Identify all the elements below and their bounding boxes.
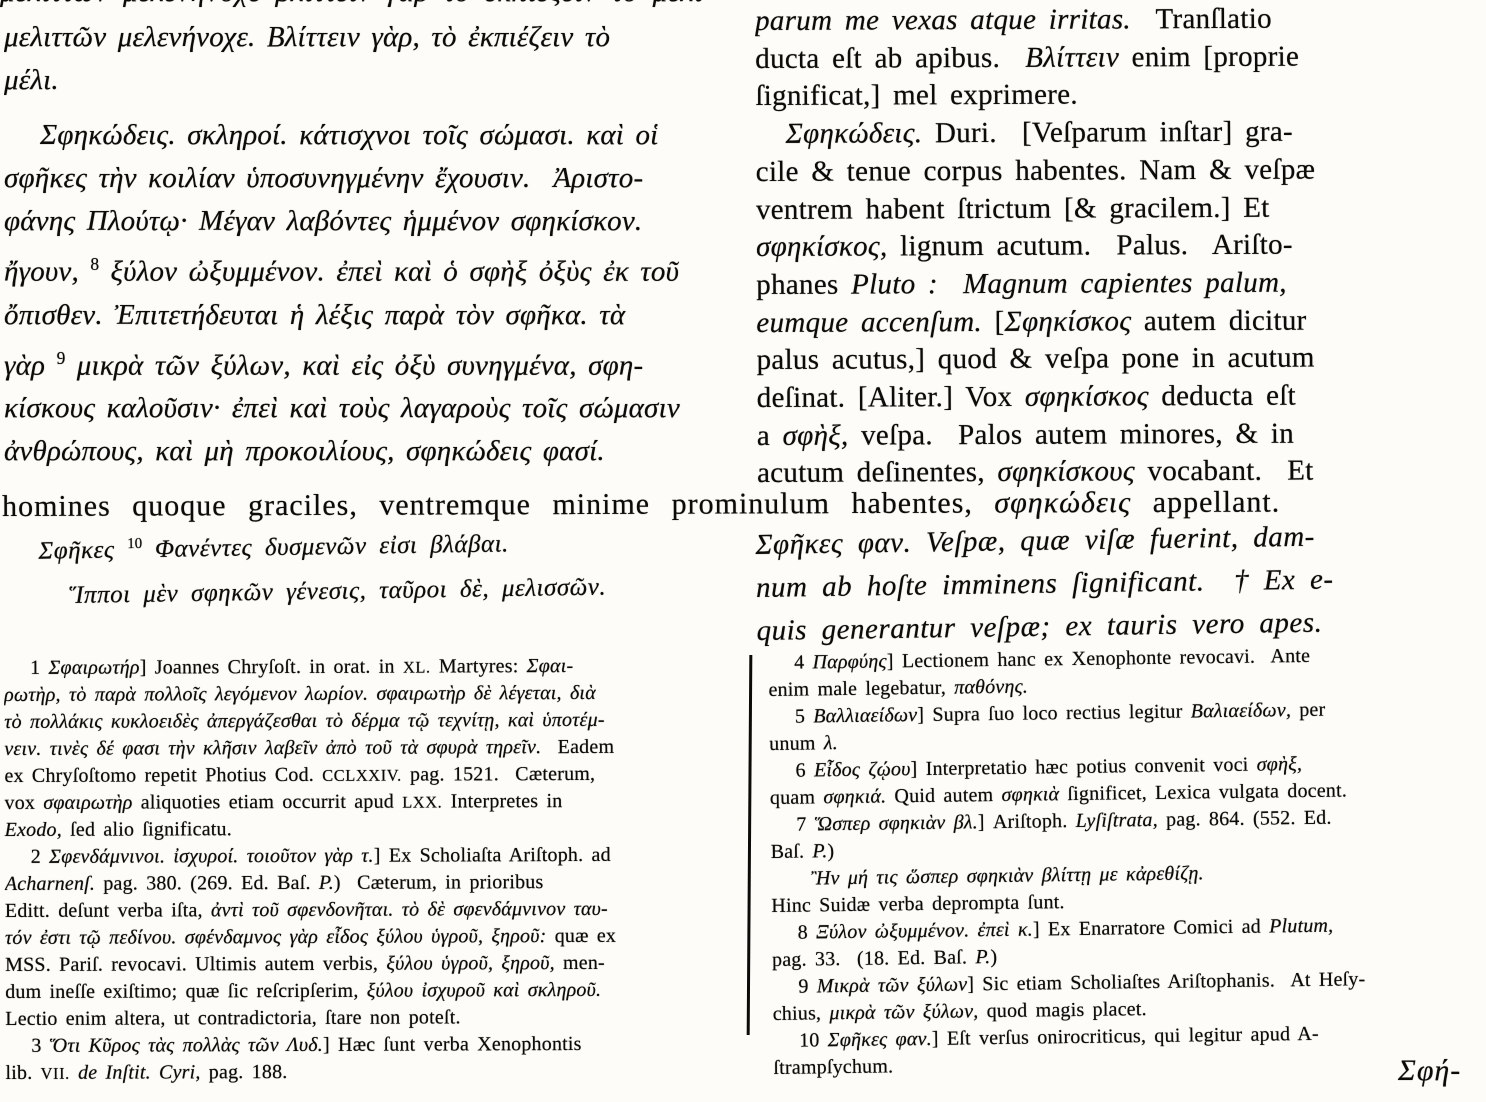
text-line: Exodo, ſed alio ſignificatu. [5, 814, 743, 844]
text-line: 2 Σφενδάμνινοι. ἰσχυροί. τοιοῦτον γὰρ τ.… [5, 841, 743, 871]
text-segment: P. [975, 946, 990, 968]
text-segment: σφηκώδεις [994, 486, 1131, 519]
text-segment: ] Lectionem hanc ex Xenophonte revocavi.… [887, 645, 1311, 673]
text-line: palus acutus,] quod & veſpa pone in acut… [756, 339, 1486, 380]
text-segment: Veſpæ, quæ viſæ fuerint, dam- [926, 521, 1315, 559]
text-segment: ) [827, 840, 834, 862]
text-segment: Παρφύης [812, 650, 887, 673]
text-line: lib. VII. de Inſtit. Cyri, pag. 188. [5, 1057, 743, 1087]
text-line: cile & tenue corpus habentes. Nam & veſp… [756, 151, 1486, 192]
text-segment: enim [proprie [1119, 40, 1299, 73]
text-segment: Plutum, [1269, 915, 1333, 938]
text-segment: 2 [31, 846, 49, 868]
text-segment: ] Eſt verſus onirocriticus, qui legitur … [932, 1023, 1319, 1050]
text-segment: ventrem habent ſtrictum [& gracilem.] Et [756, 191, 1270, 225]
text-segment: Σφαιρωτήρ [48, 657, 139, 679]
text-line: dum ineſſe exiſtimo; quæ ſic reſcripſeri… [5, 976, 743, 1006]
text-segment: Ἵπποι μὲν σφηκῶν γένεσις, ταῦροι δὲ, μελ… [69, 574, 606, 609]
text-segment: deducta eſt [1149, 380, 1296, 413]
text-line: μελιττῶν μελενήνοχε. Βλίττειν γὰρ, τὸ ἐκ… [4, 16, 744, 59]
text-segment: 8 [798, 921, 817, 943]
text-segment: Interpretes in [442, 790, 562, 812]
text-segment: ] Ariſtoph. [978, 810, 1076, 833]
text-segment: ξύλου ἰσχυροῦ καὶ σκληροῦ. [367, 979, 602, 1002]
text-line: Σφηκώδεις. σκληροί. κάτισχνοι τοῖς σώμασ… [4, 114, 744, 157]
text-segment: Εἶδος ζῴου [814, 758, 911, 781]
text-line: parum me vexas atque irritas. Tranſlatio [755, 0, 1486, 41]
text-segment: Σφῆκες [38, 536, 127, 564]
text-segment: enim male legebatur, [768, 677, 954, 701]
text-line: φάνης Πλούτῳ· Μέγαν λαβόντες ἡμμένον σφη… [4, 200, 744, 243]
text-segment: σφὴξ, [1257, 753, 1303, 776]
text-segment: Σφαι- [527, 655, 574, 677]
text-segment: Σφενδάμνινοι. ἰσχυροί. τοιοῦτον γὰρ τ. [49, 845, 374, 868]
text-line: ducta eſt ab apibus. Βλίττειν enim [prop… [755, 38, 1486, 79]
text-segment [911, 526, 926, 558]
text-segment: 8 [90, 254, 99, 274]
text-line: ſignificat,] mel exprimere. [755, 75, 1486, 116]
text-segment: ducta eſt ab apibus. [755, 42, 1025, 75]
footnote-column-left: 1 Σφαιρωτήρ] Joannes Chryſoſt. in orat. … [4, 652, 744, 1087]
text-segment: Quid autem [886, 784, 1002, 808]
text-segment: 10 [127, 536, 142, 552]
text-segment: XL. [403, 658, 431, 677]
text-segment: parum me vexas atque irritas. [755, 3, 1131, 37]
text-segment: ] Joannes Chryſoſt. in orat. in [140, 656, 403, 679]
text-segment: men- [555, 952, 605, 974]
text-segment: σφηκιὰ [1001, 783, 1059, 806]
text-segment: quis generantur veſpæ; ex tauris vero ap… [756, 607, 1322, 647]
text-segment: VII. [41, 1064, 70, 1083]
text-segment: 3 [31, 1035, 49, 1057]
text-segment: σφηκίσκος [1025, 380, 1149, 413]
latin-text-column: parum me vexas atque irritas. Tranſlatio… [755, 0, 1486, 493]
text-line: τόν ἐστι τῷ πεδίνου. σφένδαμνος γὰρ εἶδο… [5, 922, 743, 952]
text-segment: ] Supra ſuo loco rectius legitur [917, 700, 1191, 726]
text-segment: σφῆκες τὴν κοιλίαν ὑποσυνηγμένην ἔχουσιν… [4, 162, 643, 194]
text-segment: pag. 380. (269. Ed. Baſ. [95, 872, 319, 895]
text-segment: ἤγουν, [4, 256, 90, 288]
text-segment: ἀντὶ τοῦ σφενδονῆται. τὸ δὲ σφενδάμνινον… [211, 898, 608, 921]
text-segment: Pluto : Magnum capientes palum, [851, 267, 1287, 301]
text-segment: ] Ex Enarratore Comici ad [1033, 915, 1270, 940]
text-line: eumque accenſum. [Σφηκίσκος autem dicitu… [756, 301, 1486, 342]
text-segment: pag. 188. [201, 1061, 288, 1083]
text-segment: Martyres: [431, 655, 527, 677]
text-segment: Σφῆκες φαν. [755, 527, 911, 561]
text-segment: pag. 1521. Cæterum, [402, 763, 595, 786]
text-segment: P. [319, 872, 334, 894]
text-segment: palus acutus,] quod & veſpa pone in acut… [756, 342, 1314, 376]
text-line: κίσκους καλοῦσιν· ἐπεὶ καὶ τοὺς λαγαροὺς… [4, 387, 744, 430]
text-segment: Μικρὰ τῶν ξύλων [817, 973, 968, 997]
text-segment: λ. [824, 732, 838, 754]
text-segment: quæ ex [546, 925, 616, 947]
text-segment: pag. 33. (18. Ed. Baſ. [772, 946, 976, 971]
text-line: νειν. τινὲς δέ φασι τὴν κλῆσιν λαβεῖν ἀπ… [4, 733, 742, 763]
text-segment: deſinat. [Aliter.] Vox [757, 381, 1025, 414]
text-segment: μελιττῶν μελενήνοχε. Βλίττειν γὰρ, τὸ ἐκ… [4, 21, 610, 53]
text-line: deſinat. [Aliter.] Vox σφηκίσκος deducta… [757, 377, 1486, 418]
text-segment: ξύλου ὑγροῦ, ξηροῦ, [386, 952, 555, 975]
text-segment: ſtrampſychum. [773, 1055, 893, 1079]
text-segment: 6 [795, 759, 814, 781]
text-segment: τόν ἐστι τῷ πεδίνου. σφένδαμνος γὰρ εἶδο… [5, 925, 547, 949]
text-segment: 10 [799, 1029, 828, 1051]
text-segment: quod magis placet. [978, 998, 1147, 1022]
text-segment: appellant. [1131, 486, 1280, 520]
text-line: σφῆκες τὴν κοιλίαν ὑποσυνηγμένην ἔχουσιν… [4, 157, 744, 200]
text-segment: 5 [795, 705, 814, 727]
text-line: Lectio enim altera, ut contradictoria, ſ… [5, 1003, 743, 1033]
text-segment: ] Sic etiam Scholiaſtes Ariſtophanis. At… [967, 968, 1365, 995]
text-line: σφηκίσκος, lignum acutum. Palus. Ariſto- [756, 226, 1486, 267]
text-segment: ) Cæterum, in prioribus [334, 871, 544, 894]
text-segment: Ὥσπερ σφηκιὰν βλ. [815, 811, 978, 835]
footnote-column-right: 4 Παρφύης] Lectionem hanc ex Xenophonte … [768, 641, 1486, 1082]
text-segment: ρωτὴρ, τὸ παρὰ πολλοῖς λεγόμενον λωρίον.… [4, 682, 596, 706]
text-segment: Acharnenſ. [5, 873, 95, 895]
text-segment: dum ineſſe exiſtimo; quæ ſic reſcripſeri… [5, 980, 367, 1003]
text-line: 1 Σφαιρωτήρ] Joannes Chryſoſt. in orat. … [4, 652, 742, 682]
text-line: μέλι. [4, 59, 744, 102]
text-segment: Ὅτι Κῦρος τὰς πολλὰς τῶν Λυδ. [50, 1034, 323, 1057]
text-segment: pag. 864. (552. Ed. [1158, 807, 1332, 831]
cutoff-line-fragment: μελιττῶν μελενήνοχε βλίττειν γὰρ τὸ ἐκπι… [0, 0, 742, 9]
text-segment: ] Interpretatio hæc potius convenit voci [910, 754, 1256, 781]
text-segment: [ [982, 306, 1005, 338]
text-line: ρωτὴρ, τὸ παρὰ πολλοῖς λεγόμενον λωρίον.… [4, 679, 742, 709]
text-segment: a [757, 420, 783, 452]
text-line: ex Chryſoſtomo repetit Photius Cod. CCLX… [4, 760, 742, 790]
text-line: γὰρ 9 μικρὰ τῶν ξύλων, καὶ εἰς ὀξὺ συνηγ… [4, 337, 744, 388]
text-line: ἀνθρώπους, καὶ μὴ προκοιλίους, σφηκώδεις… [4, 430, 744, 473]
text-line: Σφηκώδεις. Duri. [Veſparum inſtar] gra- [755, 113, 1486, 154]
text-segment: Editt. deſunt verba iſta, [5, 899, 211, 922]
text-line: phanes Pluto : Magnum capientes palum, [756, 264, 1486, 305]
text-segment: MSS. Pariſ. revocavi. Ultimis autem verb… [5, 953, 386, 976]
text-segment: σφηκιά. [823, 785, 886, 808]
text-segment: P. [812, 840, 827, 862]
text-segment: Exodo, [5, 819, 62, 841]
latin-verse-block: Σφῆκες φαν. Veſpæ, quæ viſæ fuerint, dam… [755, 513, 1486, 653]
book-page-scan: μελιττῶν μελενήνοχε βλίττειν γὰρ τὸ ἐκπι… [0, 0, 1486, 1102]
text-segment: 9 [798, 975, 817, 997]
text-segment: ex Chryſoſtomo repetit Photius Cod. [4, 764, 322, 787]
text-segment: ] Ex Scholiaſta Ariſtoph. ad [374, 844, 611, 867]
greek-verse-block: Σφῆκες 10 Φανέντες δυσμενῶν εἰσι βλάβαι.… [4, 512, 747, 619]
text-segment: vox [4, 792, 43, 814]
text-segment: phanes [756, 269, 851, 301]
text-segment: Lyſiſtrata, [1076, 809, 1158, 832]
text-segment: lib. [5, 1062, 40, 1084]
text-segment: cile & tenue corpus habentes. Nam & veſp… [756, 153, 1316, 187]
text-segment: γὰρ [4, 349, 57, 381]
text-segment: ὄπισθεν. Ἐπιτετήδευται ἡ λέξις παρὰ τὸν … [4, 299, 625, 331]
text-segment: veſpa. Palos autem minores, & in [848, 417, 1294, 451]
text-segment: Σφηκίσκος [1004, 305, 1131, 338]
text-line: Acharnenſ. pag. 380. (269. Ed. Baſ. P.) … [5, 868, 743, 898]
text-segment: Eadem [541, 736, 614, 758]
text-segment: νειν. τινὲς δέ φασι τὴν κλῆσιν λαβεῖν ἀπ… [4, 736, 541, 760]
text-segment: chius, [773, 1002, 830, 1025]
text-segment: eumque accenſum. [756, 306, 982, 339]
text-segment: unum [769, 732, 824, 755]
text-segment: CCLXXIV. [322, 766, 402, 785]
text-segment: παθόνης. [954, 676, 1028, 699]
text-line: Editt. deſunt verba iſta, ἀντὶ τοῦ σφενδ… [5, 895, 743, 925]
text-segment: Duri. [Veſparum inſtar] gra- [922, 116, 1293, 150]
text-segment: Hinc Suidæ verba deprompta ſunt. [771, 891, 1065, 917]
text-segment: 1 [30, 657, 48, 679]
text-segment: μικρὰ τῶν ξύλων, καὶ εἰς ὀξὺ συνηγμένα, … [65, 349, 643, 381]
text-line: MSS. Pariſ. revocavi. Ultimis autem verb… [5, 949, 743, 979]
text-segment: ξύλον ὠξυμμένον. ἐπεὶ καὶ ὁ σφὴξ ὀξὺς ἐκ… [99, 256, 679, 288]
text-segment: ſignificat,] mel exprimere. [755, 79, 1078, 112]
text-segment: lignum acutum. Palus. Ariſto- [887, 229, 1292, 263]
text-segment: Βαλλιαείδων [813, 704, 917, 727]
text-segment: autem dicitur [1131, 304, 1306, 337]
text-segment: σφηκίσκος, [756, 231, 888, 264]
text-segment: Baſ. [771, 840, 813, 863]
text-segment: ] Hæc ſunt verba Xenophontis [323, 1033, 582, 1056]
text-line: 3 Ὅτι Κῦρος τὰς πολλὰς τῶν Λυδ.] Hæc ſun… [5, 1030, 743, 1060]
text-segment: aliquoties etiam occurrit apud [132, 791, 402, 814]
text-segment: Σφηκώδεις. σκληροί. κάτισχνοι τοῖς σώμασ… [40, 119, 658, 151]
text-segment: ) [990, 946, 997, 968]
text-segment: Ἢν μή τις ὥσπερ σφηκιὰν βλίττῃ με κἀρεθί… [811, 862, 1204, 889]
footnote-column-divider-rule [747, 655, 753, 1035]
text-segment: num ab hoſte imminens ſignificant. † Ex … [756, 563, 1334, 604]
text-segment: Lectio enim altera, ut contradictoria, ſ… [5, 1006, 460, 1030]
text-segment: μικρὰ τῶν ξύλων, [829, 1000, 978, 1024]
text-segment: Tranſlatio [1131, 3, 1272, 36]
text-line: ventrem habent ſtrictum [& gracilem.] Et [756, 188, 1486, 229]
text-segment: σφαιρωτὴρ [43, 792, 132, 814]
text-segment: LXX. [402, 792, 442, 811]
text-segment: σφὴξ, [783, 419, 849, 451]
text-segment: μέλι. [4, 64, 59, 96]
text-line: ἤγουν, 8 ξύλον ὠξυμμένον. ἐπεὶ καὶ ὁ σφὴ… [4, 243, 744, 294]
text-segment: Φανέντες δυσμενῶν εἰσι βλάβαι. [142, 530, 509, 563]
text-segment: ſed alio ſignificatu. [62, 818, 232, 841]
text-segment: per [1291, 699, 1326, 721]
text-segment: ſignificet, Lexica vulgata docent. [1059, 779, 1347, 805]
text-segment: Ξύλον ὠξυμμένον. ἐπεὶ κ. [816, 919, 1033, 944]
text-segment: ἀνθρώπους, καὶ μὴ προκοιλίους, σφηκώδεις… [4, 435, 605, 467]
cutoff-top-line: μελιττῶν μελενήνοχε βλίττειν γὰρ τὸ ἐκπι… [0, 0, 742, 15]
text-segment: κίσκους καλοῦσιν· ἐπεὶ καὶ τοὺς λαγαροὺς… [4, 392, 680, 424]
text-line: τὸ πολλάκις κυκλοειδὲς ἀπεργάζεσθαι τὸ δ… [4, 706, 742, 736]
text-segment: 7 [796, 813, 815, 835]
text-line: ὄπισθεν. Ἐπιτετήδευται ἡ λέξις παρὰ τὸν … [4, 294, 744, 337]
greek-text-column: μελιττῶν μελενήνοχε. Βλίττειν γὰρ, τὸ ἐκ… [4, 16, 744, 473]
text-segment: 4 [794, 651, 813, 673]
text-segment: Σφηκώδεις. [786, 117, 923, 150]
text-segment: Βαλιαείδων, [1191, 699, 1292, 722]
text-segment: Σφῆκες φαν. [828, 1028, 932, 1051]
text-segment: τὸ πολλάκις κυκλοειδὲς ἀπεργάζεσθαι τὸ δ… [4, 709, 605, 733]
catchword: Σφή- [1398, 1054, 1461, 1088]
text-line: vox σφαιρωτὴρ aliquoties etiam occurrit … [4, 787, 742, 817]
text-segment: φάνης Πλούτῳ· Μέγαν λαβόντες ἡμμένον σφη… [4, 205, 642, 237]
text-segment: quam [770, 786, 824, 809]
text-segment: de Inſtit. Cyri, [78, 1061, 201, 1083]
text-line: a σφὴξ, veſpa. Palos autem minores, & in [757, 415, 1486, 456]
text-segment [70, 1062, 78, 1084]
text-segment: Βλίττειν [1025, 41, 1119, 73]
